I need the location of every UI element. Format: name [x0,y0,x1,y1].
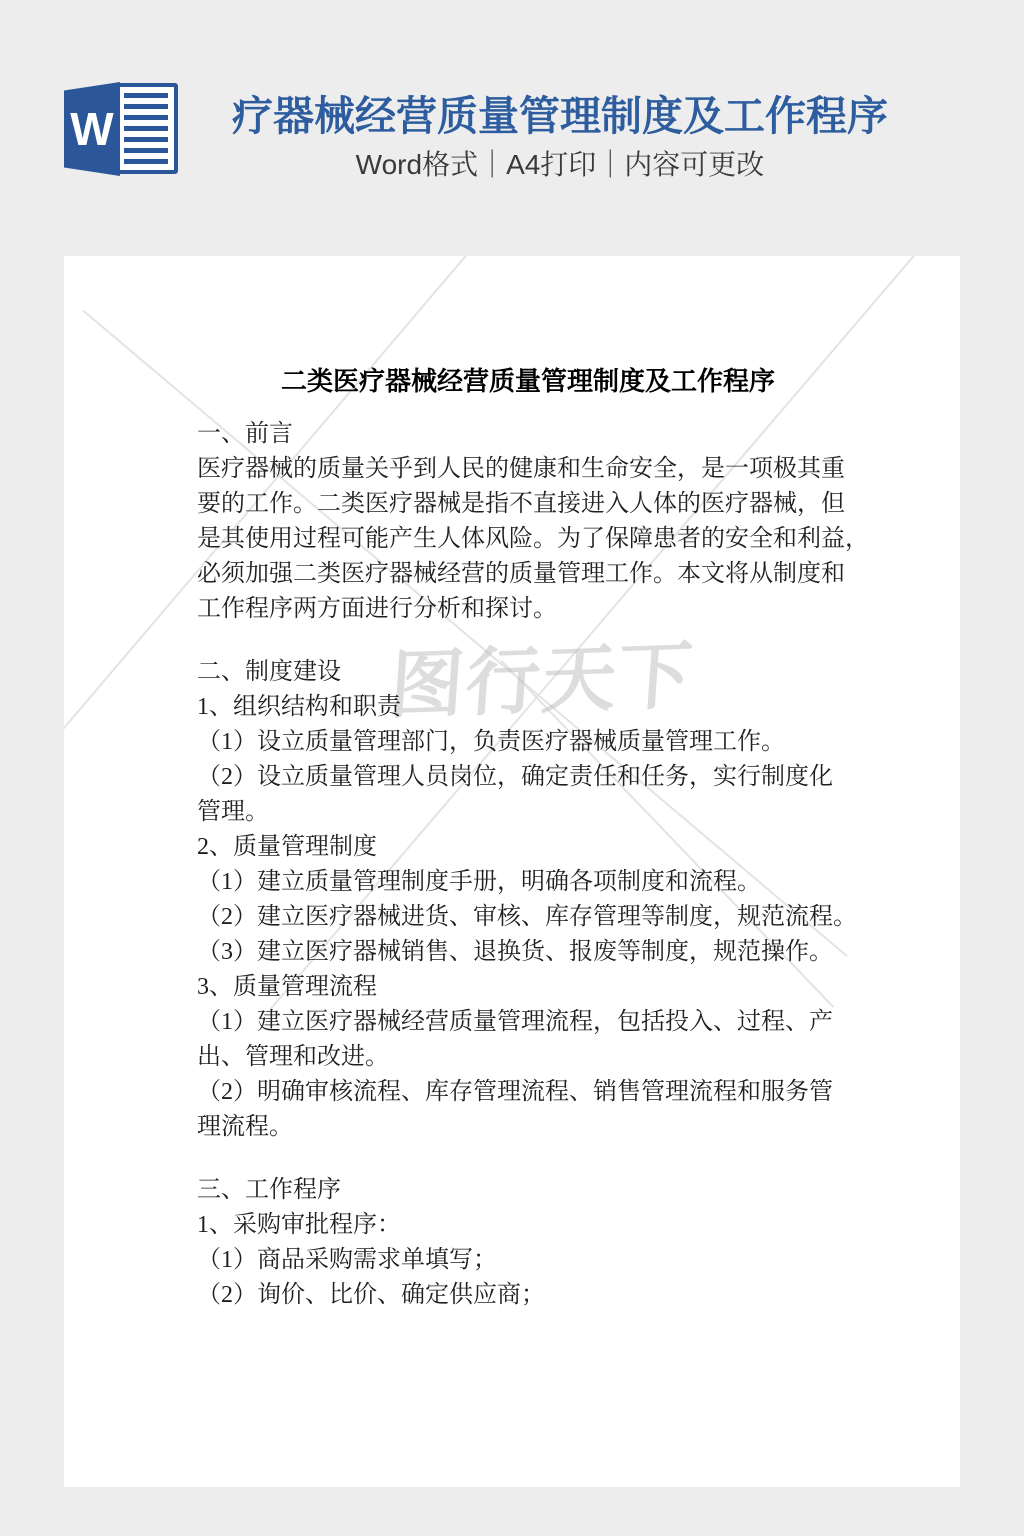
doc-line: （2）询价、比价、确定供应商； [197,1278,859,1313]
doc-line: （2）建立医疗器械进货、审核、库存管理等制度，规范流程。 [197,900,859,935]
word-icon-line [124,104,168,109]
word-icon-line [124,137,168,142]
doc-line: 要的工作。二类医疗器械是指不直接进入人体的医疗器械，但 [197,487,859,522]
doc-heading: 三、工作程序 [197,1173,859,1208]
header-text-block: 疗器械经营质量管理制度及工作程序 Word格式｜A4打印｜内容可更改 [170,0,950,256]
word-icon-line [124,159,168,164]
doc-line: 工作程序两方面进行分析和探讨。 [197,592,859,627]
doc-line: （1）设立质量管理部门，负责医疗器械质量管理工作。 [197,725,859,760]
doc-subheading: 1、采购审批程序： [197,1208,859,1243]
doc-heading: 一、前言 [197,417,859,452]
document-title: 二类医疗器械经营质量管理制度及工作程序 [197,360,859,404]
doc-line: （1）建立质量管理制度手册，明确各项制度和流程。 [197,865,859,900]
doc-line: （3）建立医疗器械销售、退换货、报废等制度，规范操作。 [197,935,859,970]
doc-subheading: 1、组织结构和职责 [197,690,859,725]
doc-line: （2）明确审核流程、库存管理流程、销售管理流程和服务管 [197,1075,859,1110]
doc-line: 出、管理和改进。 [197,1040,859,1075]
doc-line: 理流程。 [197,1110,859,1145]
spacer [197,404,859,417]
word-icon-line [124,126,168,131]
doc-line: （1）商品采购需求单填写； [197,1243,859,1278]
word-icon-line [124,148,168,153]
page-header: W 疗器械经营质量管理制度及工作程序 Word格式｜A4打印｜内容可更改 [0,0,1024,256]
doc-line: 医疗器械的质量关乎到人民的健康和生命安全，是一项极其重 [197,452,859,487]
template-title: 疗器械经营质量管理制度及工作程序 [170,94,950,138]
doc-line: 是其使用过程可能产生人体风险。为了保障患者的安全和利益， [197,522,859,557]
doc-line: 必须加强二类医疗器械经营的质量管理工作。本文将从制度和 [197,557,859,592]
doc-line: 管理。 [197,795,859,830]
doc-subheading: 3、质量管理流程 [197,970,859,1005]
doc-line: （1）建立医疗器械经营质量管理流程，包括投入、过程、产 [197,1005,859,1040]
word-icon-line [124,115,168,120]
doc-heading: 二、制度建设 [197,655,859,690]
word-app-icon: W [62,82,180,176]
doc-line: （2）设立质量管理人员岗位，确定责任和任务，实行制度化 [197,760,859,795]
document-page: 图行天下 二类医疗器械经营质量管理制度及工作程序 一、前言 医疗器械的质量关乎到… [64,256,960,1487]
word-icon-line [124,93,168,98]
word-icon-document [114,83,178,174]
word-icon-letter: W [64,82,120,176]
document-body: 二类医疗器械经营质量管理制度及工作程序 一、前言 医疗器械的质量关乎到人民的健康… [197,360,859,1313]
doc-subheading: 2、质量管理制度 [197,830,859,865]
template-subtitle: Word格式｜A4打印｜内容可更改 [170,150,950,180]
